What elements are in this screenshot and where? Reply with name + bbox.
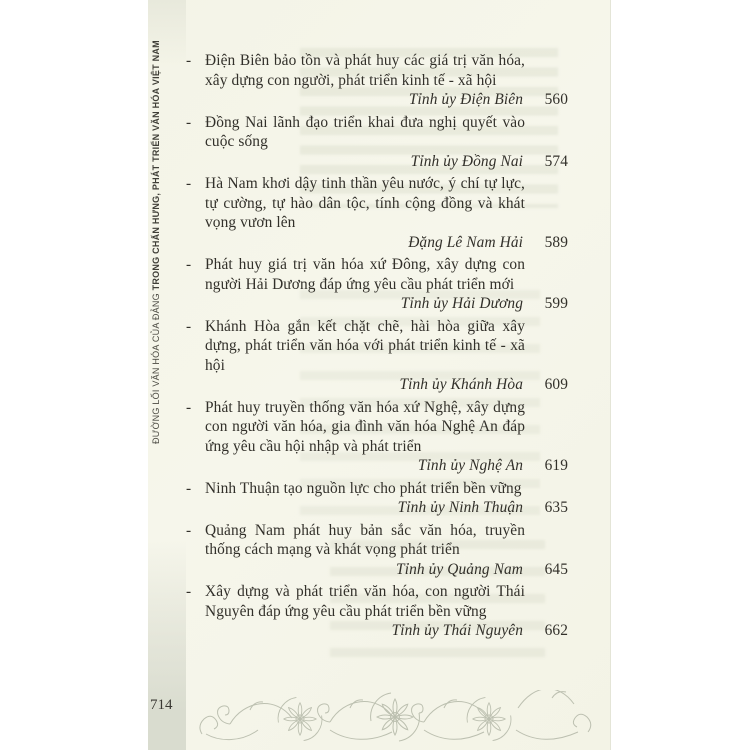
entry-author: Tỉnh ủy Ninh Thuận bbox=[205, 498, 523, 518]
list-dash: - bbox=[186, 255, 205, 294]
entry-page-number: 635 bbox=[523, 498, 568, 518]
entry-author: Tỉnh ủy Thái Nguyên bbox=[205, 621, 523, 641]
entry-page-number: 574 bbox=[523, 152, 568, 172]
toc-entry: - Phát huy giá trị văn hóa xứ Đông, xây … bbox=[186, 255, 568, 314]
list-dash: - bbox=[186, 398, 205, 457]
folio-page-number: 714 bbox=[150, 697, 190, 714]
toc-entry: - Hà Nam khơi dậy tinh thần yêu nước, ý … bbox=[186, 174, 568, 252]
entry-page-number: 589 bbox=[523, 233, 568, 253]
toc-entry: - Khánh Hòa gắn kết chặt chẽ, hài hòa gi… bbox=[186, 317, 568, 395]
entry-page-number: 599 bbox=[523, 294, 568, 314]
spine-running-title: ĐƯỜNG LỐI VĂN HÓA CỦA ĐẢNG TRONG CHẤN HƯ… bbox=[151, 52, 168, 444]
spine-title-part2: TRONG CHẤN HƯNG, PHÁT TRIỂN VĂN HÓA VIỆT… bbox=[151, 40, 161, 290]
entry-page-number: 609 bbox=[523, 375, 568, 395]
entry-page-number: 560 bbox=[523, 90, 568, 110]
toc-entry: - Ninh Thuận tạo nguồn lực cho phát triể… bbox=[186, 479, 568, 518]
list-dash: - bbox=[186, 479, 205, 499]
list-dash: - bbox=[186, 113, 205, 152]
entry-author: Tỉnh ủy Khánh Hòa bbox=[205, 375, 523, 395]
entry-author: Đặng Lê Nam Hải bbox=[205, 233, 523, 253]
entry-page-number: 619 bbox=[523, 456, 568, 476]
entry-author: Tỉnh ủy Đồng Nai bbox=[205, 152, 523, 172]
list-dash: - bbox=[186, 174, 205, 233]
entry-title: Ninh Thuận tạo nguồn lực cho phát triển … bbox=[205, 479, 525, 499]
ornament-graphic bbox=[196, 690, 596, 748]
spine-title-part1: ĐƯỜNG LỐI VĂN HÓA CỦA ĐẢNG bbox=[151, 290, 161, 444]
list-dash: - bbox=[186, 582, 205, 621]
entry-author: Tỉnh ủy Điện Biên bbox=[205, 90, 523, 110]
entry-title: Phát huy giá trị văn hóa xứ Đông, xây dự… bbox=[205, 255, 525, 294]
table-of-contents: - Điện Biên bảo tồn và phát huy các giá … bbox=[186, 51, 568, 644]
entry-title: Hà Nam khơi dậy tinh thần yêu nước, ý ch… bbox=[205, 174, 525, 233]
toc-entry: - Quảng Nam phát huy bản sắc văn hóa, tr… bbox=[186, 521, 568, 580]
entry-page-number: 645 bbox=[523, 560, 568, 580]
entry-title: Quảng Nam phát huy bản sắc văn hóa, truy… bbox=[205, 521, 525, 560]
entry-title: Phát huy truyền thống văn hóa xứ Nghệ, x… bbox=[205, 398, 525, 457]
entry-title: Đồng Nai lãnh đạo triển khai đưa nghị qu… bbox=[205, 113, 525, 152]
scanned-book-page: ĐƯỜNG LỐI VĂN HÓA CỦA ĐẢNG TRONG CHẤN HƯ… bbox=[0, 0, 750, 750]
list-dash: - bbox=[186, 521, 205, 560]
list-dash: - bbox=[186, 51, 205, 90]
list-dash: - bbox=[186, 317, 205, 376]
toc-entry: - Đồng Nai lãnh đạo triển khai đưa nghị … bbox=[186, 113, 568, 172]
toc-entry: - Xây dựng và phát triển văn hóa, con ng… bbox=[186, 582, 568, 641]
entry-title: Khánh Hòa gắn kết chặt chẽ, hài hòa giữa… bbox=[205, 317, 525, 376]
entry-author: Tỉnh ủy Hải Dương bbox=[205, 294, 523, 314]
entry-author: Tỉnh ủy Nghệ An bbox=[205, 456, 523, 476]
toc-entry: - Điện Biên bảo tồn và phát huy các giá … bbox=[186, 51, 568, 110]
entry-title: Điện Biên bảo tồn và phát huy các giá tr… bbox=[205, 51, 525, 90]
entry-author: Tỉnh ủy Quảng Nam bbox=[205, 560, 523, 580]
entry-page-number: 662 bbox=[523, 621, 568, 641]
toc-entry: - Phát huy truyền thống văn hóa xứ Nghệ,… bbox=[186, 398, 568, 476]
entry-title: Xây dựng và phát triển văn hóa, con ngườ… bbox=[205, 582, 525, 621]
